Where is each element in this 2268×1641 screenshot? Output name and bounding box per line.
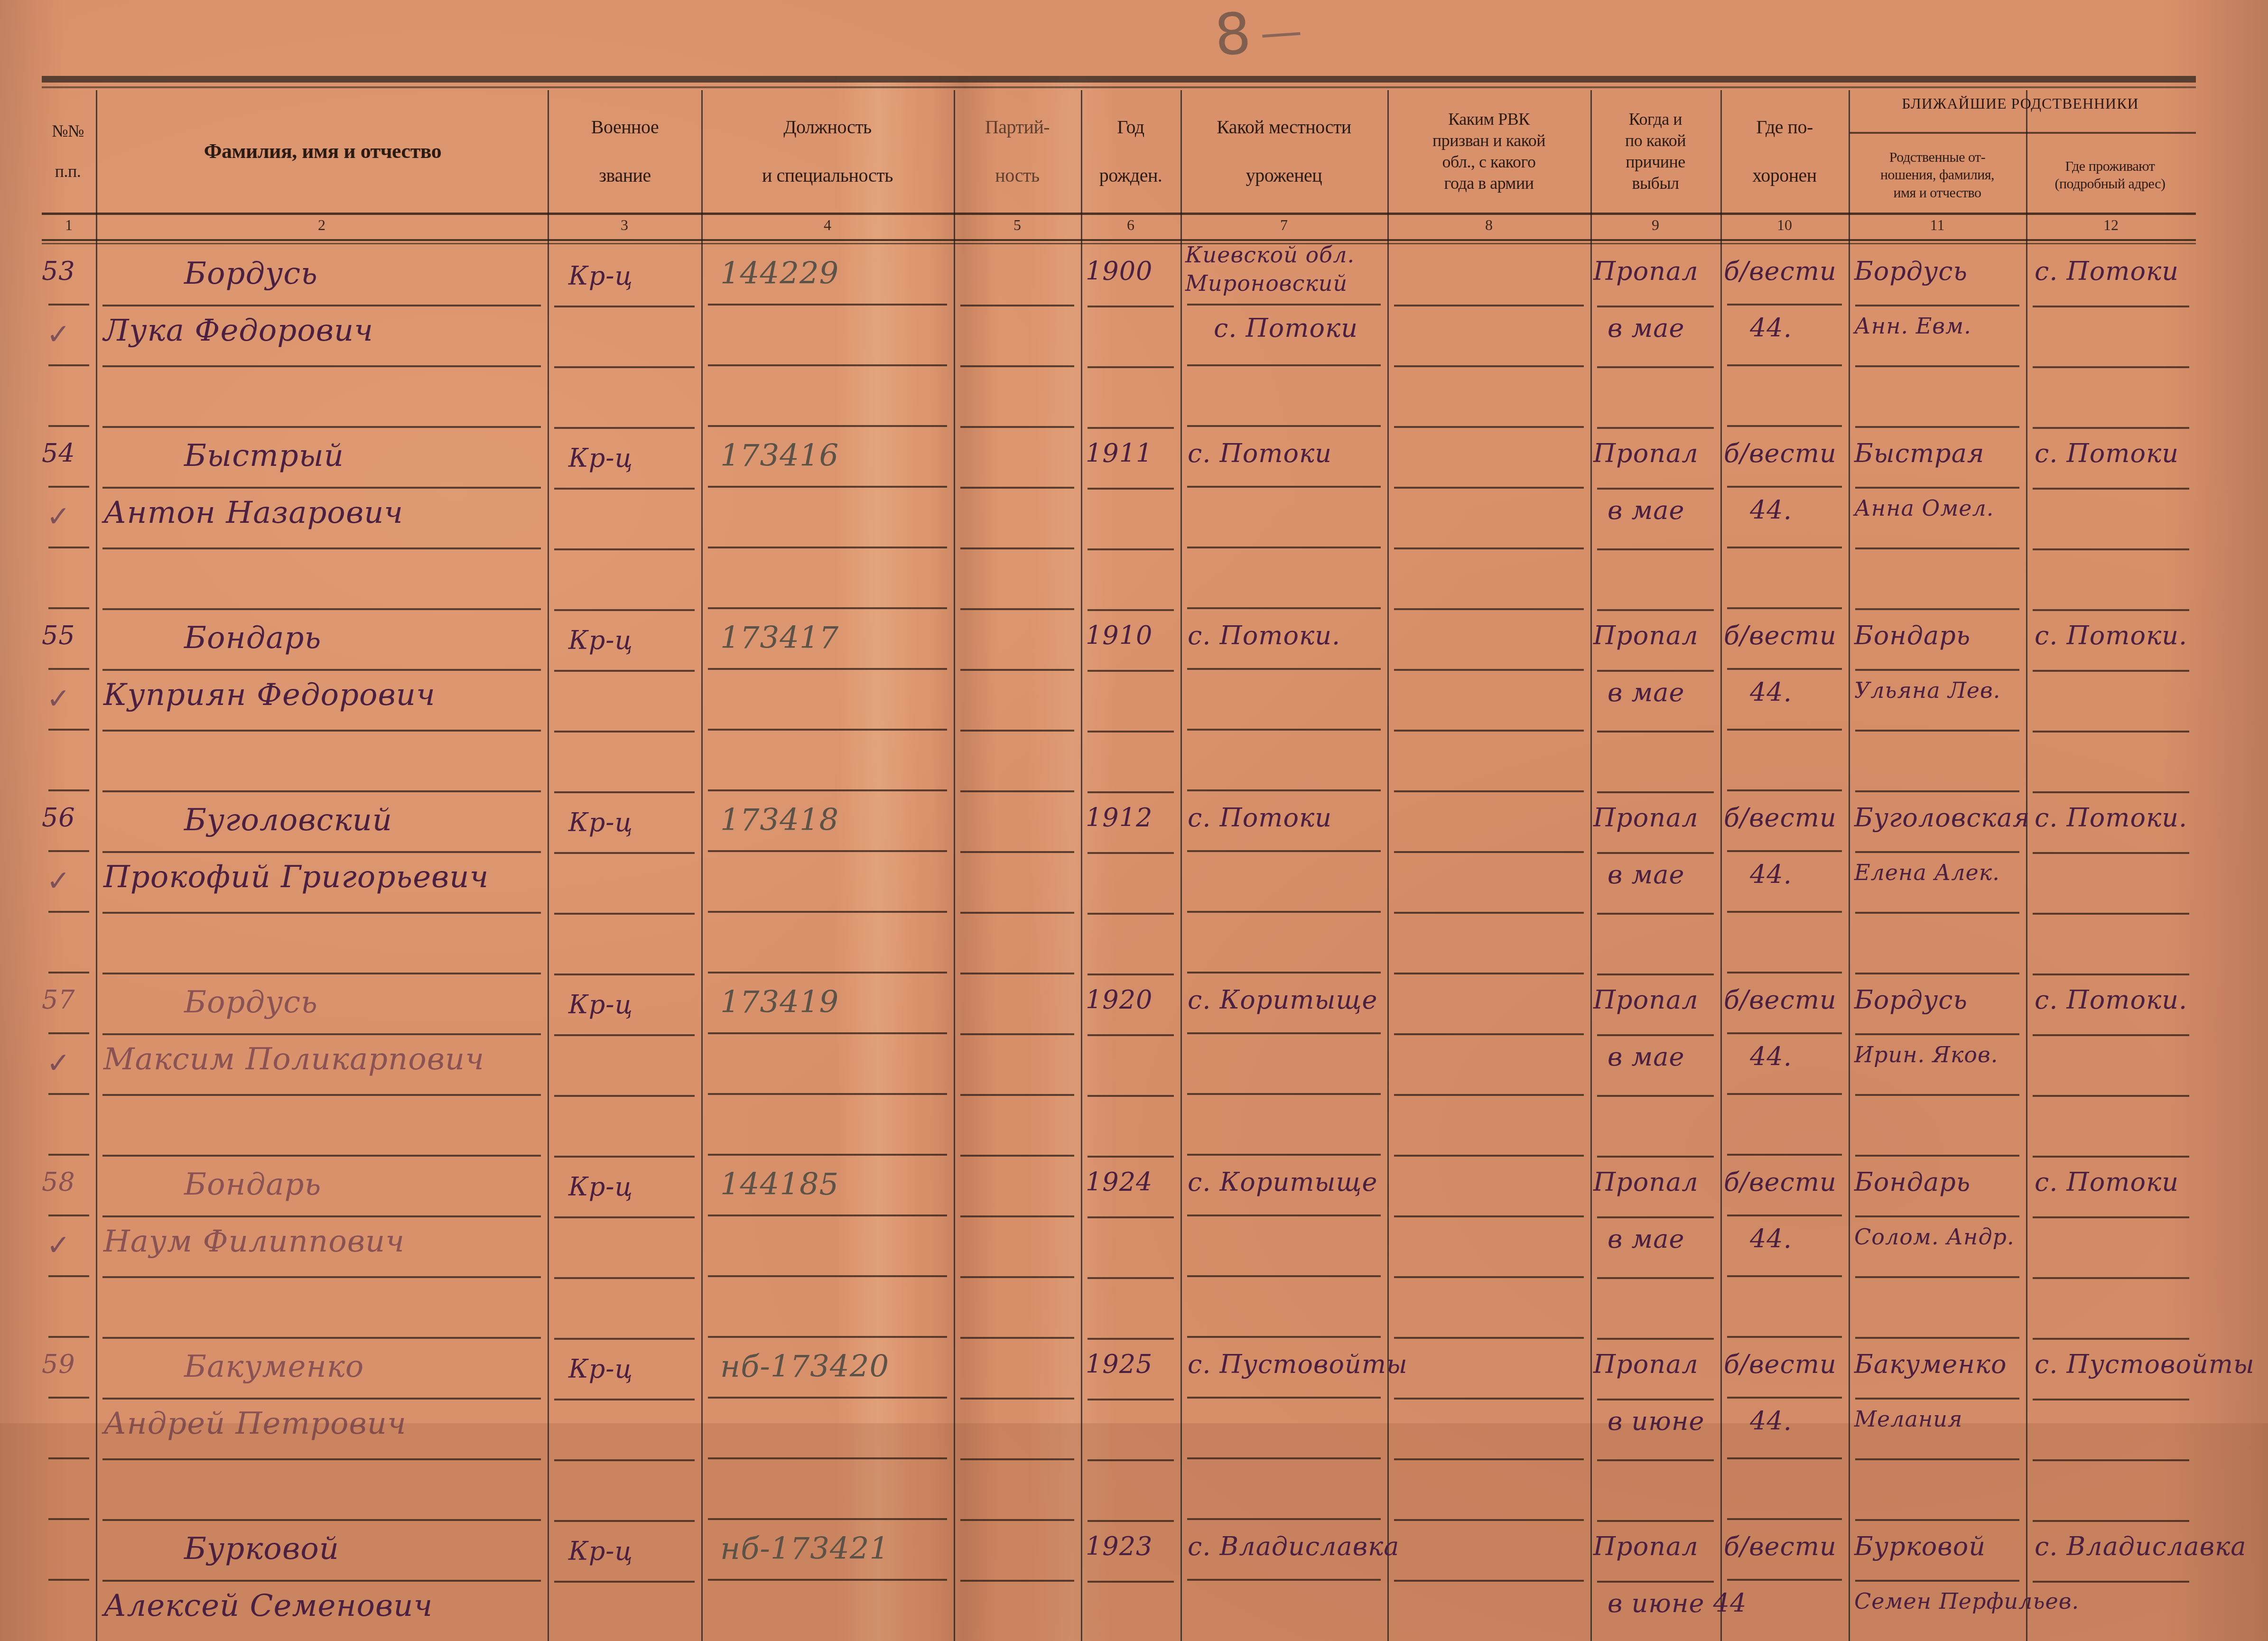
burial-year: 44. xyxy=(1750,677,1792,707)
row-rule xyxy=(102,973,541,974)
row-rule xyxy=(102,365,541,367)
row-rule xyxy=(1597,1338,1714,1340)
row-rule xyxy=(102,305,541,306)
row-rule xyxy=(102,730,541,732)
row-rule xyxy=(554,306,695,307)
row-rule xyxy=(960,1155,1074,1157)
row-rule xyxy=(708,1457,947,1459)
header-text: Партий- xyxy=(985,112,1050,142)
row-rule xyxy=(1855,912,2019,914)
header-relative-name: Родственные от- ношения, фамилия, имя и … xyxy=(1850,138,2025,213)
birth-year: 1924 xyxy=(1086,1167,1153,1197)
header-text: (подробный адрес) xyxy=(2055,175,2166,193)
row-rule xyxy=(708,486,947,488)
row-rule xyxy=(2033,1095,2189,1097)
row-rule xyxy=(554,1399,695,1400)
row-rule xyxy=(1394,1155,1584,1157)
row-rule xyxy=(1597,731,1714,732)
row-rule xyxy=(48,668,89,670)
row-rule xyxy=(708,607,947,609)
row-rule xyxy=(48,1093,89,1095)
row-rule xyxy=(1187,1093,1381,1095)
row-rule xyxy=(2033,973,2189,975)
record-number: 54 xyxy=(42,438,75,468)
row-rule xyxy=(1855,730,2019,732)
row-rule xyxy=(960,1398,1074,1400)
relative-address: с. Потоки xyxy=(2035,438,2179,468)
relative-surname: Бондарь xyxy=(1854,621,1971,650)
row-rule xyxy=(1855,1580,2019,1582)
row-rule xyxy=(1187,1275,1381,1277)
row-rule xyxy=(2033,366,2189,368)
row-rule xyxy=(554,1156,695,1158)
header-text: Когда и xyxy=(1629,109,1682,130)
row-rule xyxy=(102,608,541,610)
row-rule xyxy=(554,1459,695,1461)
birth-year: 1920 xyxy=(1086,985,1153,1015)
row-rule xyxy=(1597,1399,1714,1400)
row-rule xyxy=(48,1336,89,1338)
column-number: 5 xyxy=(954,216,1081,237)
relative-surname: Быстрая xyxy=(1854,438,1985,468)
row-rule xyxy=(960,669,1074,671)
header-text: №№ xyxy=(52,121,84,142)
row-rule xyxy=(1394,305,1584,306)
row-rule xyxy=(2033,1156,2189,1158)
row-rule xyxy=(2033,609,2189,611)
header-text: Должность xyxy=(783,112,872,142)
left-date: в июне 44 xyxy=(1608,1588,1747,1618)
row-rule xyxy=(48,850,89,852)
row-rule xyxy=(960,790,1074,792)
column-number: 8 xyxy=(1387,216,1590,237)
row-rule xyxy=(708,425,947,427)
birthplace: Мироновский xyxy=(1185,270,1348,296)
column-divider xyxy=(548,90,549,1641)
row-rule xyxy=(960,426,1074,428)
row-rule xyxy=(102,1094,541,1096)
position-number: нб-173420 xyxy=(720,1349,889,1384)
column-number: 3 xyxy=(548,216,701,237)
row-rule xyxy=(102,851,541,853)
row-rule xyxy=(554,366,695,368)
row-rule xyxy=(1597,1095,1714,1097)
row-rule xyxy=(1088,427,1174,429)
row-rule xyxy=(1597,791,1714,793)
surname: Бордусь xyxy=(184,256,318,291)
row-rule xyxy=(1597,1034,1714,1036)
row-rule xyxy=(1187,607,1381,609)
row-rule xyxy=(1597,670,1714,672)
row-rule xyxy=(48,425,89,427)
military-rank: Кр-ц xyxy=(568,807,633,837)
row-rule xyxy=(1855,1519,2019,1521)
row-rule xyxy=(1187,1336,1381,1338)
row-rule xyxy=(48,364,89,366)
row-rule xyxy=(2033,1520,2189,1522)
row-rule xyxy=(1727,1215,1842,1216)
header-text: звание xyxy=(599,161,651,190)
burial-year: 44. xyxy=(1750,1042,1792,1072)
row-rule xyxy=(1394,1398,1584,1400)
row-rule xyxy=(708,789,947,791)
row-rule xyxy=(1394,973,1584,974)
row-rule xyxy=(708,850,947,852)
row-rule xyxy=(960,1580,1074,1582)
row-rule xyxy=(960,1458,1074,1460)
column-number: 7 xyxy=(1180,216,1387,237)
row-rule xyxy=(102,547,541,549)
row-rule xyxy=(1597,306,1714,307)
birthplace: с. Коритыще xyxy=(1188,985,1377,1015)
row-rule xyxy=(1855,973,2019,974)
relative-name: Ульяна Лев. xyxy=(1854,677,2000,703)
row-rule xyxy=(2033,670,2189,672)
header-text: Военное xyxy=(591,112,659,142)
position-number: нб-173421 xyxy=(720,1531,889,1567)
left-reason: Пропал xyxy=(1593,803,1699,833)
row-rule xyxy=(102,1398,541,1400)
checkmark-icon: ✓ xyxy=(46,318,70,351)
row-rule xyxy=(708,729,947,731)
row-rule xyxy=(1394,1033,1584,1035)
birthplace: с. Потоки. xyxy=(1188,621,1340,650)
row-rule xyxy=(1727,972,1842,973)
row-rule xyxy=(1727,850,1842,852)
row-rule xyxy=(960,608,1074,610)
left-date: в мае xyxy=(1608,1224,1685,1254)
row-rule xyxy=(1394,730,1584,732)
row-rule xyxy=(1394,912,1584,914)
row-rule xyxy=(960,365,1074,367)
position-number: 173416 xyxy=(720,438,839,473)
row-rule xyxy=(48,486,89,488)
surname: Бакуменко xyxy=(184,1349,364,1384)
header-text: призван и какой xyxy=(1432,130,1545,151)
relative-address: с. Пустовойты xyxy=(2035,1349,2255,1379)
row-rule xyxy=(1187,1154,1381,1156)
row-rule xyxy=(2033,306,2189,307)
relative-name: Солом. Андр. xyxy=(1854,1224,2015,1250)
position-number: 173419 xyxy=(720,985,839,1020)
row-rule xyxy=(1855,1398,2019,1400)
burial-year: 44. xyxy=(1750,1224,1792,1254)
row-rule xyxy=(708,1154,947,1156)
row-rule xyxy=(960,1337,1074,1339)
row-rule xyxy=(1187,789,1381,791)
row-rule xyxy=(1394,426,1584,428)
top-rule xyxy=(42,86,2196,88)
military-rank: Кр-ц xyxy=(568,1172,633,1202)
column-number: 2 xyxy=(96,216,548,237)
row-rule xyxy=(960,547,1074,549)
checkmark-icon: ✓ xyxy=(46,1047,70,1080)
row-rule xyxy=(554,488,695,490)
checkmark-icon: ✓ xyxy=(46,682,70,715)
header-text: года в армии xyxy=(1444,173,1534,194)
row-rule xyxy=(1727,789,1842,791)
column-divider xyxy=(1387,90,1389,1641)
left-reason: Пропал xyxy=(1593,438,1699,468)
row-rule xyxy=(960,305,1074,306)
record-number: 58 xyxy=(42,1167,75,1197)
header-text: ношения, фамилия, xyxy=(1880,166,1994,184)
position-number: 173417 xyxy=(720,621,839,656)
row-rule xyxy=(102,1458,541,1460)
row-rule xyxy=(554,1095,695,1097)
left-date: в мае xyxy=(1608,1042,1685,1072)
relative-surname: Бордусь xyxy=(1854,985,1968,1015)
row-rule xyxy=(48,972,89,973)
row-rule xyxy=(554,548,695,550)
left-reason: Пропал xyxy=(1593,1167,1699,1197)
row-rule xyxy=(960,1519,1074,1521)
row-rule xyxy=(1394,1276,1584,1278)
header-text: п.п. xyxy=(55,161,81,182)
row-rule xyxy=(48,1518,89,1520)
row-rule xyxy=(554,1216,695,1218)
row-rule xyxy=(1187,547,1381,548)
row-rule xyxy=(48,1397,89,1399)
birth-year: 1900 xyxy=(1086,256,1153,286)
row-rule xyxy=(1597,973,1714,975)
row-rule xyxy=(48,607,89,609)
row-rule xyxy=(1187,1457,1381,1459)
header-text: и специальность xyxy=(762,161,893,190)
header-text: Каким РВК xyxy=(1448,109,1530,130)
row-rule xyxy=(1597,852,1714,854)
row-rule xyxy=(1597,1277,1714,1279)
position-number: 173418 xyxy=(720,803,839,838)
birthplace: с. Пустовойты xyxy=(1188,1349,1408,1379)
row-rule xyxy=(1088,731,1174,732)
row-rule xyxy=(554,1277,695,1279)
header-number: №№ п.п. xyxy=(42,90,94,213)
given-name-patronymic: Куприян Федорович xyxy=(103,677,436,713)
given-name-patronymic: Антон Назарович xyxy=(103,495,403,530)
row-rule xyxy=(708,364,947,366)
row-rule xyxy=(1727,1336,1842,1338)
row-rule xyxy=(1394,1094,1584,1096)
row-rule xyxy=(554,427,695,429)
row-rule xyxy=(1597,427,1714,429)
row-rule xyxy=(1855,790,2019,792)
given-name-patronymic: Прокофий Григорьевич xyxy=(103,860,489,895)
header-text: Где по- xyxy=(1756,112,1813,142)
left-date: в мае xyxy=(1608,495,1685,525)
column-number: 9 xyxy=(1590,216,1720,237)
row-rule xyxy=(1727,304,1842,306)
row-rule xyxy=(554,1581,695,1583)
given-name-patronymic: Максим Поликарпович xyxy=(103,1042,484,1077)
row-rule xyxy=(1394,487,1584,489)
row-rule xyxy=(102,1033,541,1035)
header-text: ность xyxy=(995,161,1039,190)
row-rule xyxy=(2033,731,2189,732)
row-rule xyxy=(960,1215,1074,1217)
row-rule xyxy=(1855,1337,2019,1339)
relative-name: Анн. Евм. xyxy=(1854,313,1971,339)
row-rule xyxy=(960,730,1074,732)
row-rule xyxy=(1727,1275,1842,1277)
row-rule xyxy=(1187,425,1381,427)
row-rule xyxy=(102,669,541,671)
row-rule xyxy=(1727,729,1842,731)
record-number: 56 xyxy=(42,803,75,833)
row-rule xyxy=(1088,973,1174,975)
row-rule xyxy=(48,1215,89,1216)
column-divider xyxy=(1180,90,1182,1641)
row-rule xyxy=(708,1518,947,1520)
header-address: Где проживают (подробный адрес) xyxy=(2027,138,2193,213)
checkmark-icon: ✓ xyxy=(46,1229,70,1262)
row-rule xyxy=(708,1579,947,1581)
row-rule xyxy=(1597,1581,1714,1583)
header-relatives-group: БЛИЖАЙШИЕ РОДСТВЕННИКИ xyxy=(1850,95,2191,112)
column-divider xyxy=(954,90,955,1641)
header-left-reason: Когда и по какой причине выбыл xyxy=(1591,90,1720,213)
row-rule xyxy=(1727,607,1842,609)
row-rule xyxy=(554,609,695,611)
row-rule xyxy=(1088,1459,1174,1461)
row-rule xyxy=(102,426,541,428)
row-rule xyxy=(554,1338,695,1340)
position-number: 144229 xyxy=(720,256,839,291)
header-text: Какой местности xyxy=(1217,112,1351,142)
row-rule xyxy=(1088,306,1174,307)
header-position: Должность и специальность xyxy=(702,90,953,213)
military-rank: Кр-ц xyxy=(568,1536,633,1566)
row-rule xyxy=(1394,1458,1584,1460)
row-rule xyxy=(1088,1581,1174,1583)
row-rule xyxy=(2033,791,2189,793)
row-rule xyxy=(960,1276,1074,1278)
row-rule xyxy=(1394,365,1584,367)
row-rule xyxy=(960,487,1074,489)
row-rule xyxy=(48,1032,89,1034)
row-rule xyxy=(2033,1399,2189,1400)
row-rule xyxy=(48,1275,89,1277)
column-divider xyxy=(1081,90,1082,1641)
given-name-patronymic: Наум Филиппович xyxy=(103,1224,405,1259)
birth-year: 1923 xyxy=(1086,1531,1153,1561)
checkmark-icon: ✓ xyxy=(46,500,70,533)
record-number: 53 xyxy=(42,256,75,286)
record-number: 59 xyxy=(42,1349,75,1379)
row-rule xyxy=(708,911,947,913)
row-rule xyxy=(1088,1095,1174,1097)
row-rule xyxy=(1855,547,2019,549)
birthplace: с. Потоки xyxy=(1188,438,1332,468)
relative-address: с. Потоки xyxy=(2035,256,2179,286)
burial-place: б/вести xyxy=(1724,621,1837,650)
row-rule xyxy=(2033,427,2189,429)
burial-year: 44. xyxy=(1750,1406,1792,1436)
row-rule xyxy=(1088,913,1174,915)
row-rule xyxy=(1855,1155,2019,1157)
row-rule xyxy=(1394,608,1584,610)
given-name-patronymic: Андрей Петрович xyxy=(103,1406,407,1441)
burial-year: 44. xyxy=(1750,313,1792,343)
surname: Буголовский xyxy=(184,803,392,838)
birth-year: 1911 xyxy=(1086,438,1153,468)
left-date: в мае xyxy=(1608,860,1685,890)
row-rule xyxy=(1088,1399,1174,1400)
row-rule xyxy=(48,547,89,548)
left-reason: Пропал xyxy=(1593,256,1699,286)
row-rule xyxy=(48,1457,89,1459)
row-rule xyxy=(1855,426,2019,428)
given-name-patronymic: Алексей Семенович xyxy=(103,1588,433,1623)
given-name-patronymic: Лука Федорович xyxy=(103,313,373,348)
row-rule xyxy=(1088,609,1174,611)
relative-surname: Бурковой xyxy=(1854,1531,1986,1561)
row-rule xyxy=(1855,851,2019,853)
row-rule xyxy=(1187,1032,1381,1034)
row-rule xyxy=(1088,488,1174,490)
burial-place: б/вести xyxy=(1724,256,1837,286)
relative-name: Мелания xyxy=(1854,1406,1962,1432)
register-table: №№ п.п. Фамилия, имя и отчество Военное … xyxy=(42,76,2196,1641)
relative-name: Анна Омел. xyxy=(1854,495,1994,521)
row-rule xyxy=(1597,1520,1714,1522)
row-rule xyxy=(1187,729,1381,731)
row-rule xyxy=(1727,1154,1842,1156)
row-rule xyxy=(554,913,695,915)
row-rule xyxy=(1394,1519,1584,1521)
row-rule xyxy=(1727,364,1842,366)
row-rule xyxy=(1855,1276,2019,1278)
column-divider xyxy=(96,90,97,1641)
birth-year: 1925 xyxy=(1086,1349,1153,1379)
row-rule xyxy=(1187,304,1381,306)
row-rule xyxy=(1187,1215,1381,1216)
record-number: 55 xyxy=(42,621,75,650)
row-rule xyxy=(2033,548,2189,550)
row-rule xyxy=(1394,851,1584,853)
row-rule xyxy=(1187,850,1381,852)
relative-name: Елена Алек. xyxy=(1854,860,2000,885)
row-rule xyxy=(1855,487,2019,489)
row-rule xyxy=(554,852,695,854)
column-number-rule xyxy=(42,239,2196,241)
header-text: Родственные от- xyxy=(1889,148,1985,167)
row-rule xyxy=(1088,366,1174,368)
surname: Бордусь xyxy=(184,985,318,1020)
row-rule xyxy=(1855,1094,2019,1096)
row-rule xyxy=(1187,1579,1381,1581)
row-rule xyxy=(102,1580,541,1582)
surname: Бондарь xyxy=(184,621,321,656)
header-burial: Где по- хоронен xyxy=(1721,90,1848,213)
left-reason: Пропал xyxy=(1593,985,1699,1015)
row-rule xyxy=(1597,548,1714,550)
row-rule xyxy=(1597,1216,1714,1218)
top-rule xyxy=(42,76,2196,83)
header-text: по какой xyxy=(1625,130,1686,151)
header-text: причине xyxy=(1626,151,1685,173)
row-rule xyxy=(102,1276,541,1278)
header-text: хоронен xyxy=(1752,161,1817,190)
page-number: 8 xyxy=(1212,0,1302,69)
birthplace: с. Коритыще xyxy=(1188,1167,1377,1197)
row-rule xyxy=(1727,547,1842,548)
row-rule xyxy=(1187,972,1381,973)
row-rule xyxy=(1088,1520,1174,1522)
row-rule xyxy=(960,1094,1074,1096)
row-rule xyxy=(48,1579,89,1581)
row-rule xyxy=(554,1034,695,1036)
